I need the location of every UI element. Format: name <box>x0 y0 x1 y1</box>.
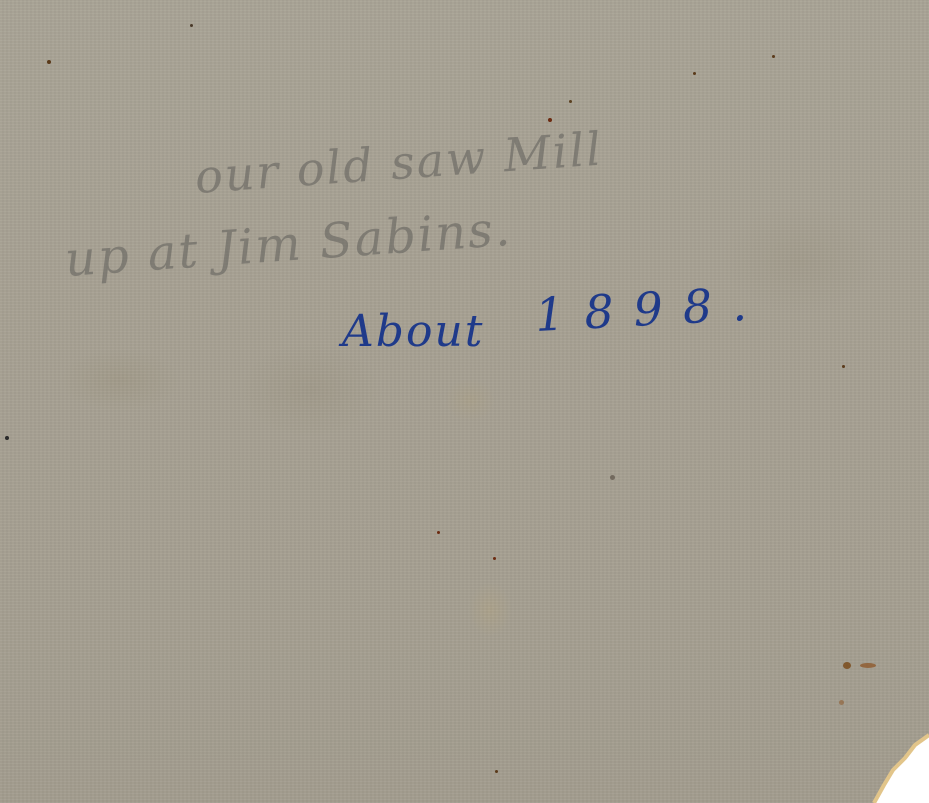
foxing-spot <box>47 60 51 64</box>
foxing-spot <box>860 663 876 668</box>
foxing-spot <box>495 770 498 773</box>
foxing-spot <box>843 662 851 669</box>
foxing-spot <box>772 55 775 58</box>
foxing-spot <box>190 24 193 27</box>
foxing-spot <box>842 365 845 368</box>
foxing-spot <box>693 72 696 75</box>
foxing-spot <box>610 475 615 480</box>
pencil-caption-line-1: our old saw Mill <box>193 122 604 204</box>
paper-grain-texture <box>0 0 929 803</box>
foxing-spot <box>437 531 440 534</box>
photo-card-back: our old saw Mill up at Jim Sabins. About… <box>0 0 929 803</box>
foxing-spot <box>5 436 9 440</box>
foxing-spot <box>839 700 844 705</box>
ink-caption-year: 1898. <box>534 276 768 342</box>
foxing-spot <box>493 557 496 560</box>
foxing-spot <box>569 100 572 103</box>
ink-caption-word: About <box>342 306 484 357</box>
pencil-caption-line-2: up at Jim Sabins. <box>63 201 514 288</box>
foxing-spot <box>548 118 552 122</box>
